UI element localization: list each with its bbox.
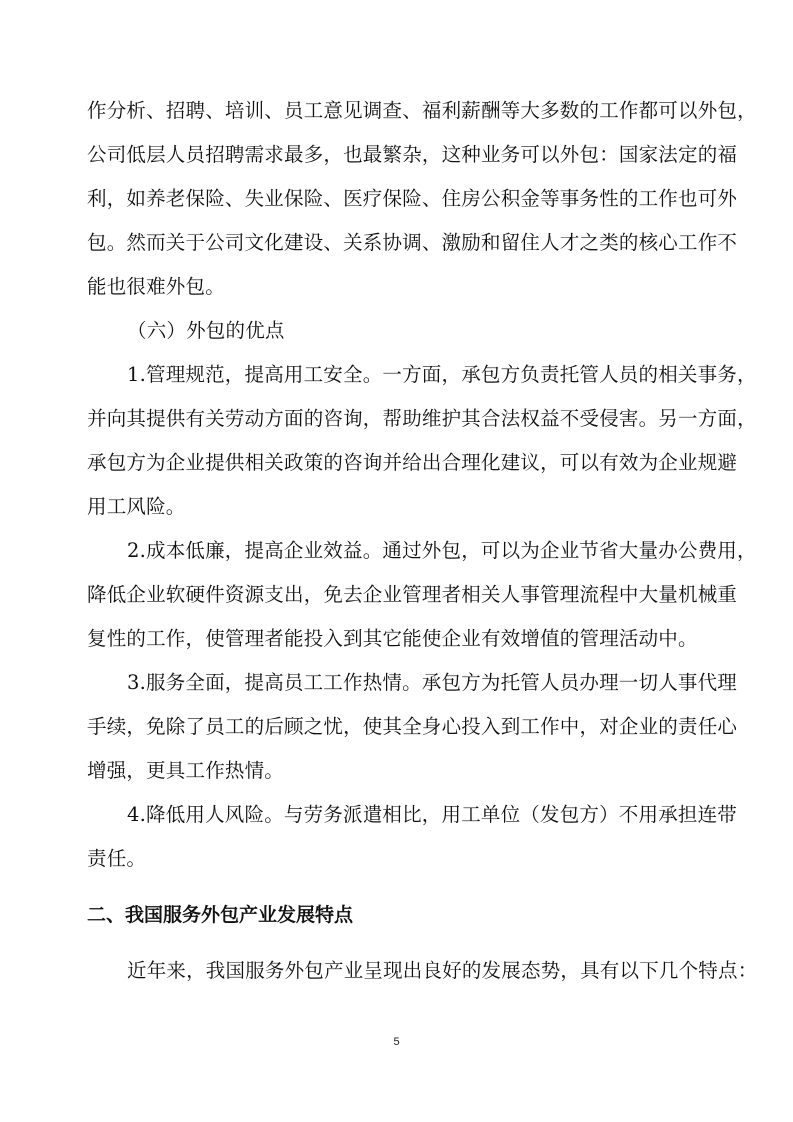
text-line: 责任。 bbox=[87, 847, 146, 870]
section-heading: 二、我国服务外包产业发展特点 bbox=[87, 896, 709, 940]
text-line: 增强，更具工作热情。 bbox=[87, 759, 284, 782]
text-line: 作分析、招聘、培训、员工意见调查、福利薪酬等大多数的工作都可以外包， bbox=[87, 92, 709, 130]
section-intro: 近年来，我国服务外包产业呈现出良好的发展态势，具有以下几个特点： bbox=[127, 952, 709, 990]
text-line: 4.降低用人风险。与劳务派遣相比，用工单位（发包方）不用承担连带 bbox=[127, 796, 709, 834]
advantage-4: 4.降低用人风险。与劳务派遣相比，用工单位（发包方）不用承担连带 责任。 bbox=[87, 796, 709, 884]
text-line: 复性的工作，使管理者能投入到其它能使企业有效增值的管理活动中。 bbox=[87, 627, 698, 650]
text-line: 包。然而关于公司文化建设、关系协调、激励和留住人才之类的核心工作不 bbox=[87, 224, 709, 262]
text-line: 降低企业软硬件资源支出，免去企业管理者相关人事管理流程中大量机械重 bbox=[87, 576, 709, 614]
document-page: 作分析、招聘、培训、员工意见调查、福利薪酬等大多数的工作都可以外包， 公司低层人… bbox=[87, 92, 709, 996]
advantage-3: 3.服务全面，提高员工工作热情。承包方为托管人员办理一切人事代理 手续，免除了员… bbox=[87, 664, 709, 796]
text-line: 利，如养老保险、失业保险、医疗保险、住房公积金等事务性的工作也可外 bbox=[87, 180, 709, 218]
advantage-2: 2.成本低廉，提高企业效益。通过外包，可以为企业节省大量办公费用， 降低企业软硬… bbox=[87, 532, 709, 664]
text-line: 1.管理规范，提高用工安全。一方面，承包方负责托管人员的相关事务， bbox=[127, 356, 709, 394]
text-line: 2.成本低廉，提高企业效益。通过外包，可以为企业节省大量办公费用， bbox=[127, 532, 709, 570]
text-line: 并向其提供有关劳动方面的咨询，帮助维护其合法权益不受侵害。另一方面， bbox=[87, 400, 709, 438]
text-line: 公司低层人员招聘需求最多，也最繁杂，这种业务可以外包：国家法定的福 bbox=[87, 136, 709, 174]
text-line: 用工风险。 bbox=[87, 495, 186, 518]
text-line: 3.服务全面，提高员工工作热情。承包方为托管人员办理一切人事代理 bbox=[127, 664, 709, 702]
page-number: 5 bbox=[0, 1036, 793, 1048]
advantage-1: 1.管理规范，提高用工安全。一方面，承包方负责托管人员的相关事务， 并向其提供有… bbox=[87, 356, 709, 532]
subheading: （六）外包的优点 bbox=[87, 312, 709, 356]
text-line: 手续，免除了员工的后顾之忧，使其全身心投入到工作中，对企业的责任心 bbox=[87, 708, 709, 746]
paragraph-continuation: 作分析、招聘、培训、员工意见调查、福利薪酬等大多数的工作都可以外包， 公司低层人… bbox=[87, 92, 709, 312]
text-line: 承包方为企业提供相关政策的咨询并给出合理化建议，可以有效为企业规避 bbox=[87, 444, 709, 482]
text-line: 能也很难外包。 bbox=[87, 275, 225, 298]
